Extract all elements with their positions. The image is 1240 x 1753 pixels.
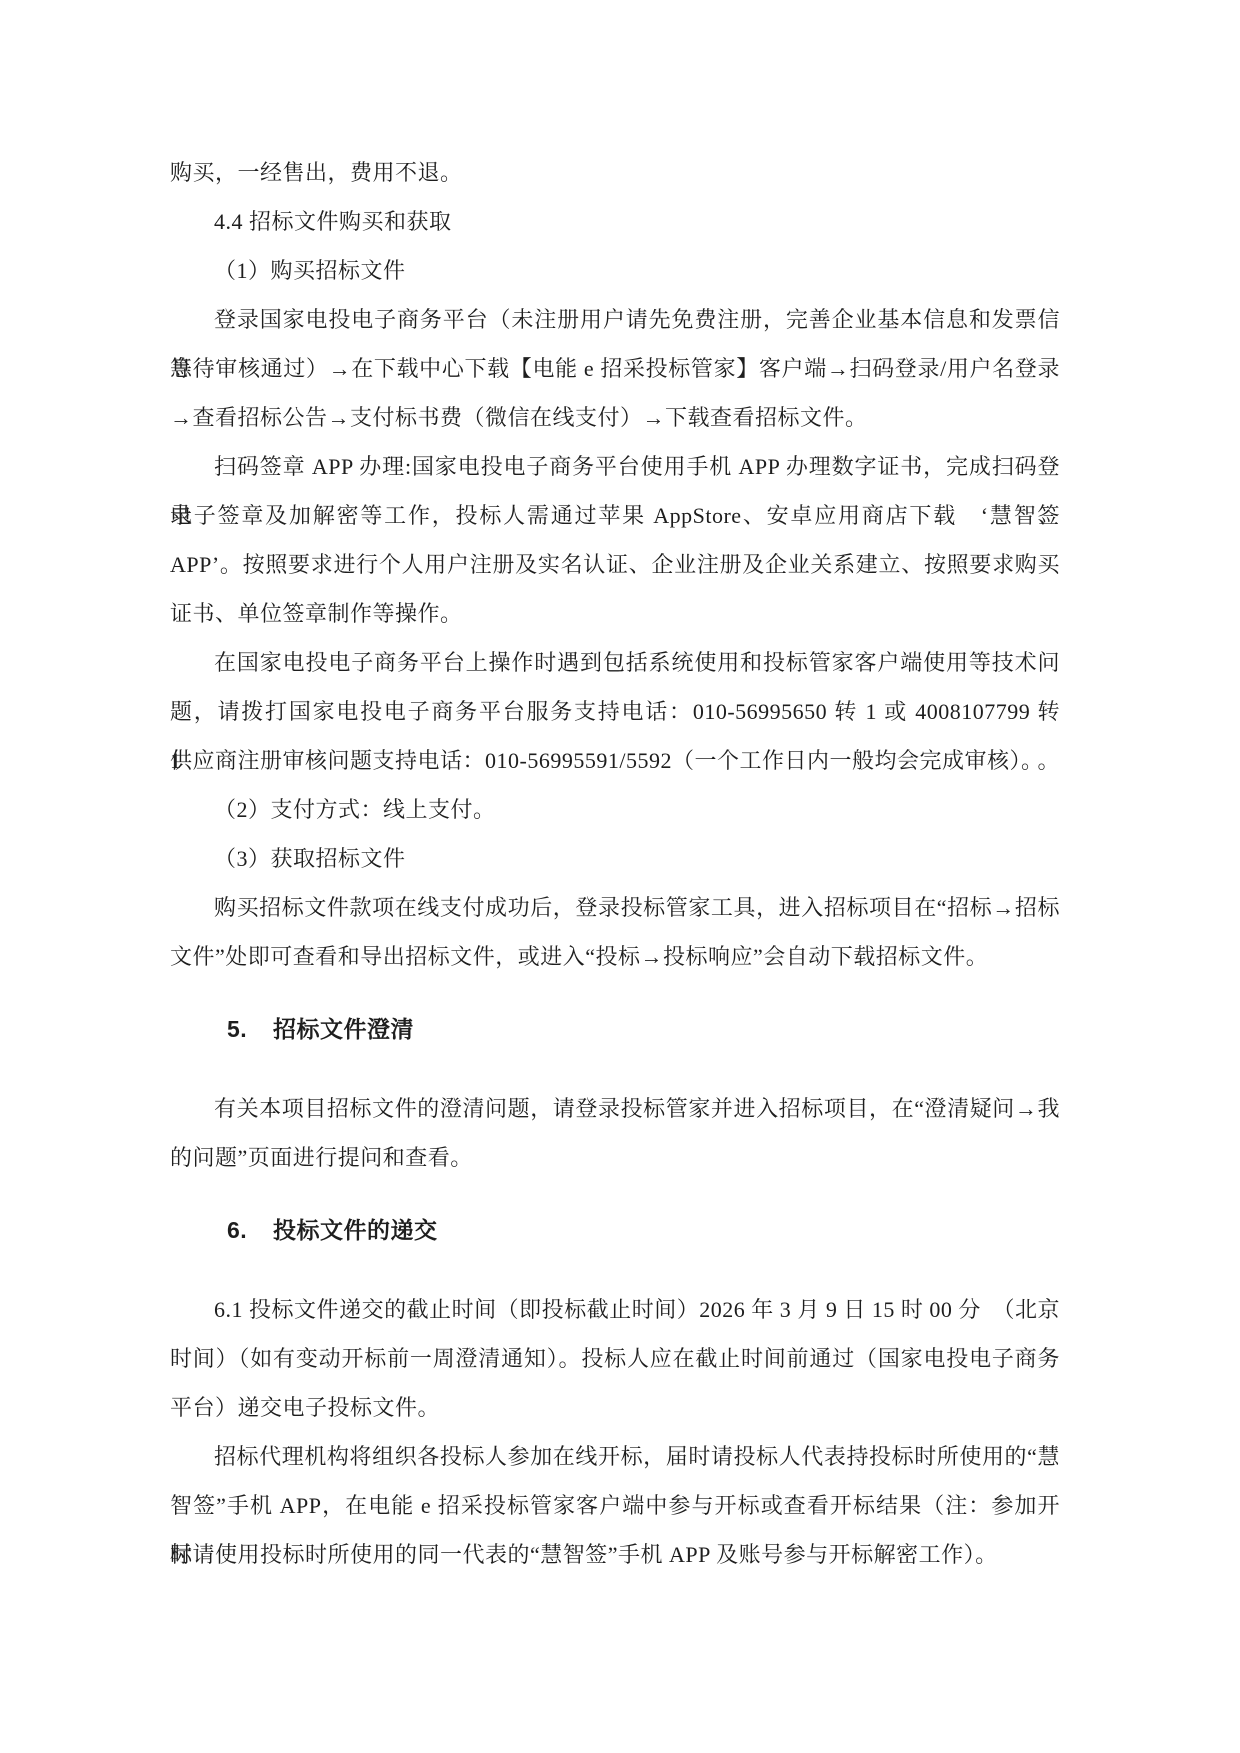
section-heading-number: 6.: [227, 1206, 273, 1255]
text-line: （2）支付方式：线上支付。: [170, 785, 1060, 834]
text-line: 智签”手机 APP，在电能 e 招采投标管家客户端中参与开标或查看开标结果（注：…: [170, 1481, 1060, 1530]
section-heading: 6.投标文件的递交: [170, 1206, 1060, 1255]
text-line: 供应商注册审核问题支持电话：010-56995591/5592（一个工作日内一般…: [170, 736, 1060, 785]
document-content: 购买，一经售出，费用不退。4.4 招标文件购买和获取（1）购买招标文件登录国家电…: [170, 148, 1060, 1579]
text-line: 平台）递交电子投标文件。: [170, 1383, 1060, 1432]
text-line: 在国家电投电子商务平台上操作时遇到包括系统使用和投标管家客户端使用等技术问: [170, 638, 1060, 687]
text-line: 购买招标文件款项在线支付成功后，登录投标管家工具，进入招标项目在“招标→招标: [170, 883, 1060, 932]
text-line: →查看招标公告→支付标书费（微信在线支付）→下载查看招标文件。: [170, 393, 1060, 442]
section-heading: 5.招标文件澄清: [170, 1005, 1060, 1054]
text-line: 招标代理机构将组织各投标人参加在线开标，届时请投标人代表持投标时所使用的“慧: [170, 1432, 1060, 1481]
text-line: 6.1 投标文件递交的截止时间（即投标截止时间）2026 年 3 月 9 日 1…: [170, 1285, 1060, 1334]
text-line: 有关本项目招标文件的澄清问题，请登录投标管家并进入招标项目，在“澄清疑问→我: [170, 1084, 1060, 1133]
text-line: （3）获取招标文件: [170, 834, 1060, 883]
text-line: 文件”处即可查看和导出招标文件，或进入“投标→投标响应”会自动下载招标文件。: [170, 932, 1060, 981]
text-line: 扫码签章 APP 办理:国家电投电子商务平台使用手机 APP 办理数字证书，完成…: [170, 442, 1060, 491]
document-page: 购买，一经售出，费用不退。4.4 招标文件购买和获取（1）购买招标文件登录国家电…: [0, 0, 1240, 1753]
text-line: 登录国家电投电子商务平台（未注册用户请先免费注册，完善企业基本信息和发票信息: [170, 295, 1060, 344]
text-line: 时间）（如有变动开标前一周澄清通知）。投标人应在截止时间前通过（国家电投电子商务: [170, 1334, 1060, 1383]
text-line: 电子签章及加解密等工作，投标人需通过苹果 AppStore、安卓应用商店下载 ‘…: [170, 491, 1060, 540]
text-line: 购买，一经售出，费用不退。: [170, 148, 1060, 197]
text-line: 题，请拨打国家电投电子商务平台服务支持电话：010-56995650 转 1 或…: [170, 687, 1060, 736]
text-line: 证书、单位签章制作等操作。: [170, 589, 1060, 638]
text-line: 时请使用投标时所使用的同一代表的“慧智签”手机 APP 及账号参与开标解密工作）…: [170, 1530, 1060, 1579]
section-heading-number: 5.: [227, 1005, 273, 1054]
section-heading-title: 投标文件的递交: [273, 1217, 438, 1243]
text-line: 的问题”页面进行提问和查看。: [170, 1133, 1060, 1182]
section-heading-title: 招标文件澄清: [273, 1016, 414, 1042]
text-line: 等待审核通过）→在下载中心下载【电能 e 招采投标管家】客户端→扫码登录/用户名…: [170, 344, 1060, 393]
text-line: 4.4 招标文件购买和获取: [170, 197, 1060, 246]
text-line: （1）购买招标文件: [170, 246, 1060, 295]
text-line: APP’。按照要求进行个人用户注册及实名认证、企业注册及企业关系建立、按照要求购…: [170, 540, 1060, 589]
